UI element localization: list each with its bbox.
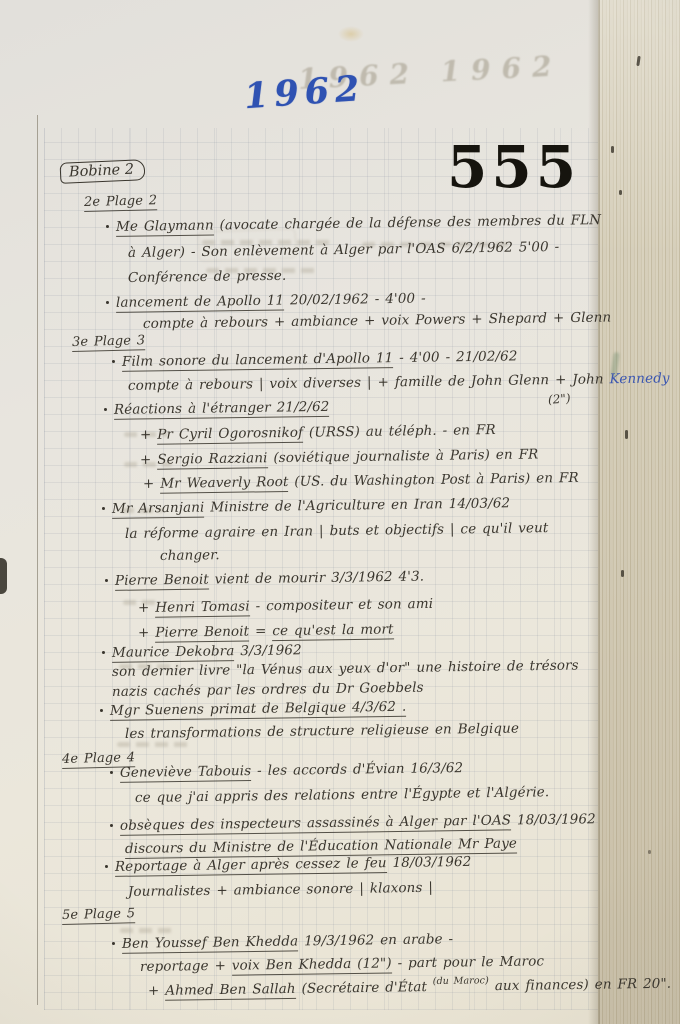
bullet-dot xyxy=(106,301,109,304)
edge-speck xyxy=(611,146,614,153)
bullet-dot xyxy=(104,408,107,411)
section-heading: 5e Plage 5 xyxy=(62,907,135,922)
bullet-dot xyxy=(105,579,108,582)
bullet-dot xyxy=(106,225,109,228)
section-heading: 4e Plage 4 xyxy=(62,751,135,766)
entry-line: Conférence de presse. xyxy=(128,270,287,286)
page-edge-shadow xyxy=(588,0,600,1024)
entry-line-first: Mgr Suenens primat de Belgique 4/3/62 . xyxy=(100,701,407,719)
left-edge-nick xyxy=(0,558,7,594)
bullet-dot xyxy=(105,865,108,868)
bullet-dot xyxy=(112,942,115,945)
edge-speck xyxy=(625,430,628,439)
paper-stain xyxy=(338,26,364,42)
kennedy-duration-note: (2") xyxy=(548,391,571,407)
section-heading: 3e Plage 3 xyxy=(72,334,145,349)
bullet-dot xyxy=(102,651,105,654)
entry-line-first: Maurice Dekobra 3/3/1962 xyxy=(102,644,302,660)
book-fore-edge xyxy=(598,0,680,1024)
year-annotation: 1962 xyxy=(243,68,367,117)
entry-line: + Pierre Benoit = ce qu'est la mort xyxy=(138,623,394,640)
edge-speck xyxy=(648,850,651,854)
section-heading: 2e Plage 2 xyxy=(84,194,157,209)
bullet-dot xyxy=(110,824,113,827)
bleedthrough-writing xyxy=(120,928,172,933)
bullet-dot xyxy=(112,360,115,363)
edge-speck xyxy=(619,190,622,195)
page-number: 555 xyxy=(447,138,580,196)
entry-line: changer. xyxy=(160,549,220,563)
bullet-dot xyxy=(110,771,113,774)
entry-line-first: Réactions à l'étranger 21/2/62 xyxy=(104,401,330,418)
edge-speck xyxy=(621,570,624,577)
bleedthrough-writing xyxy=(117,742,189,747)
margin-line xyxy=(37,115,38,1005)
scanned-notebook-page: 1962 1962 1962 555 Bobine 2 (2") 2e Plag… xyxy=(0,0,680,1024)
bullet-dot xyxy=(102,507,105,510)
reel-label-box: Bobine 2 xyxy=(60,159,146,184)
bullet-dot xyxy=(100,709,103,712)
